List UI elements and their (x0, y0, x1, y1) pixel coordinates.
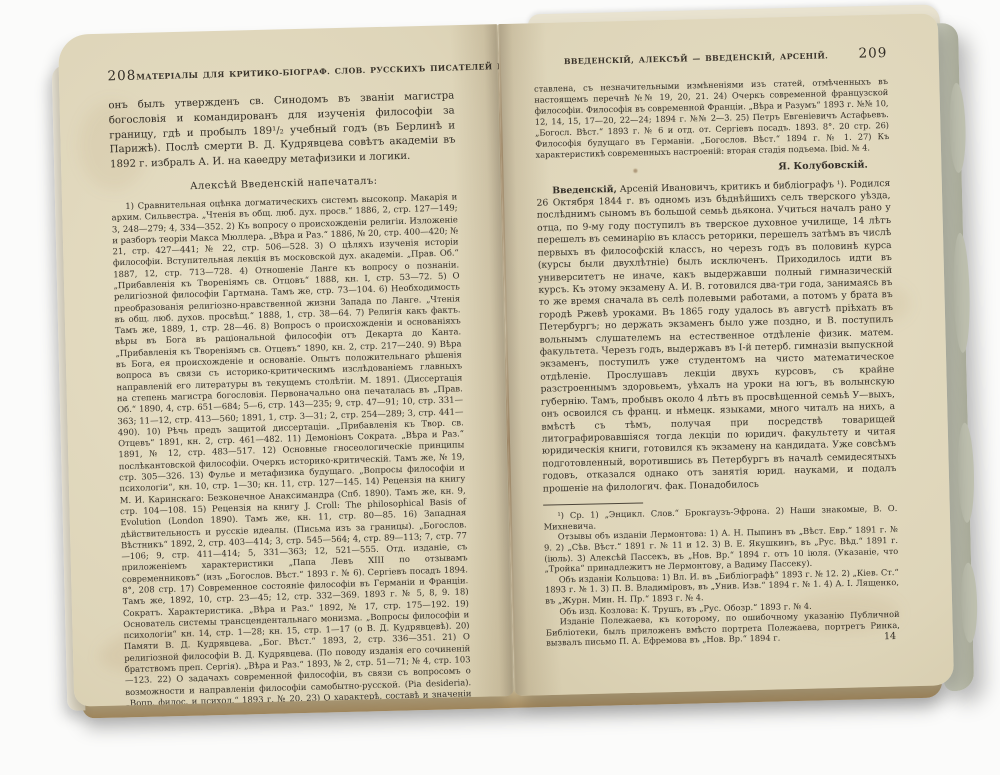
intro-paragraph: онъ былъ утвержденъ св. Синодомъ въ зван… (108, 89, 456, 173)
author-signature: Я. Колубовскій. (536, 159, 868, 177)
page-number-left: 208 (107, 68, 136, 85)
deckle-bump (957, 423, 975, 523)
article-paragraph: Введенскій, Арсеній Ивановичъ, критикъ и… (536, 178, 897, 496)
bibliography-heading: Алексѣй Введенскій напечаталъ: (111, 173, 457, 194)
deckle-bump (948, 83, 966, 173)
photo-background: 208 МАТЕРІАЛЫ ДЛЯ КРИТИКО-БІОГРАФ. СЛОВ.… (0, 0, 1000, 775)
right-page: ВВЕДЕНСКІЙ, АЛЕКСѢЙ — ВВЕДЕНСКІЙ, АРСЕНІ… (498, 13, 954, 696)
left-running-header: 208 МАТЕРІАЛЫ ДЛЯ КРИТИКО-БІОГРАФ. СЛОВ.… (107, 58, 453, 84)
deckle-bump (952, 233, 971, 353)
footnote-rule (543, 503, 643, 506)
page-spread: 208 МАТЕРІАЛЫ ДЛЯ КРИТИКО-БІОГРАФ. СЛОВ.… (58, 13, 954, 706)
article-headword: Введенскій, (552, 184, 617, 196)
deckle-bump (960, 563, 978, 643)
left-page: 208 МАТЕРІАЛЫ ДЛЯ КРИТИКО-БІОГРАФ. СЛОВ.… (58, 24, 514, 707)
open-book: 208 МАТЕРІАЛЫ ДЛЯ КРИТИКО-БІОГРАФ. СЛОВ.… (58, 13, 954, 706)
left-page-content: 208 МАТЕРІАЛЫ ДЛЯ КРИТИКО-БІОГРАФ. СЛОВ.… (107, 58, 472, 706)
right-page-content: ВВЕДЕНСКІЙ, АЛЕКСѢЙ — ВВЕДЕНСКІЙ, АРСЕНІ… (533, 45, 900, 649)
running-header-text-right: ВВЕДЕНСКІЙ, АЛЕКСѢЙ — ВВЕДЕНСКІЙ, АРСЕНІ… (533, 51, 858, 67)
running-header-text-left: МАТЕРІАЛЫ ДЛЯ КРИТИКО-БІОГРАФ. СЛОВ. РУС… (136, 60, 514, 81)
page-number-right: 209 (858, 45, 887, 62)
right-running-header: ВВЕДЕНСКІЙ, АЛЕКСѢЙ — ВВЕДЕНСКІЙ, АРСЕНІ… (533, 45, 887, 69)
article-body-text: Арсеній Ивановичъ, критикъ и библіографъ… (536, 178, 896, 495)
bibliography-continuation: ставлена, съ незначительными измѣненіями… (534, 76, 890, 160)
bibliography-text: 1) Сравнительная оцѣнка догматическихъ с… (111, 192, 472, 706)
footnote-5: Изданіе Полежаева, къ которому, по ошибо… (546, 609, 901, 649)
